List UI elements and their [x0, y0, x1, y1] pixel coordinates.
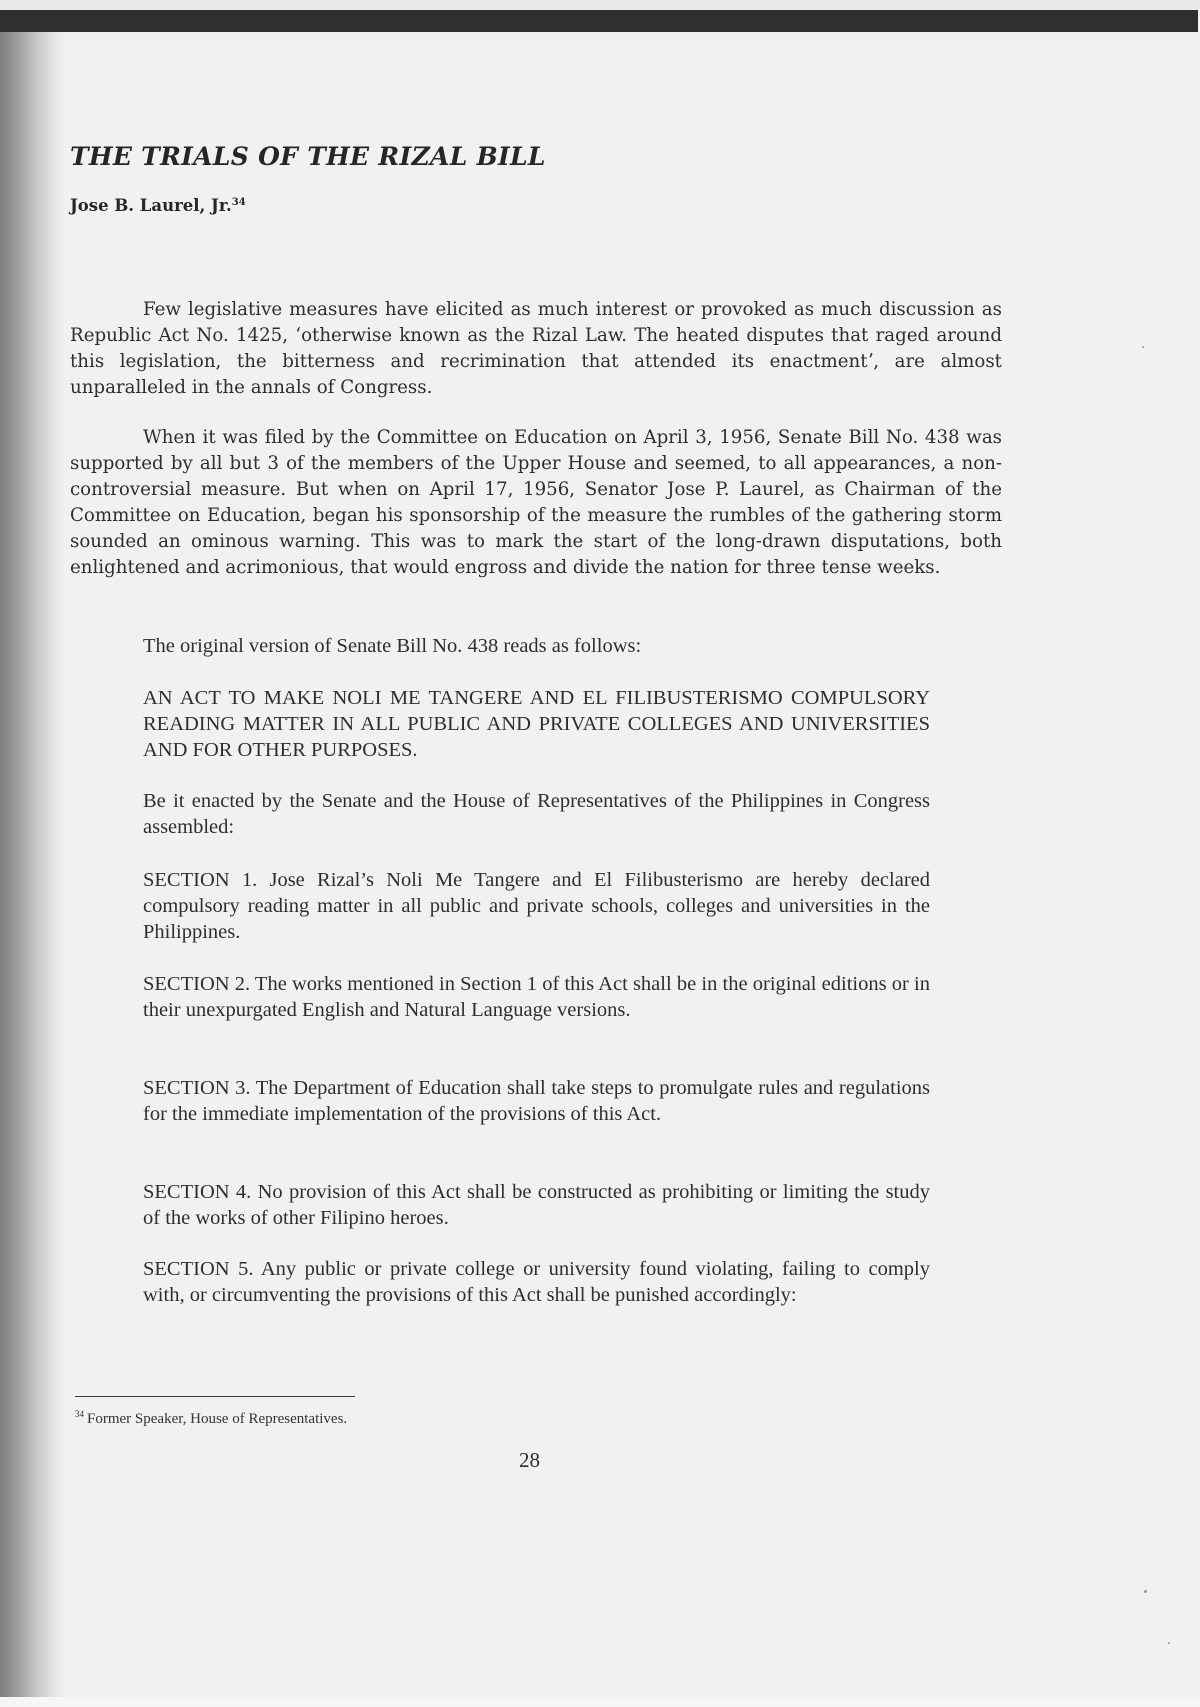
bill-section-1: SECTION 1. Jose Rizal’s Noli Me Tangere …	[143, 867, 930, 945]
bill-enacting-clause: Be it enacted by the Senate and the Hous…	[143, 788, 930, 840]
bill-section-5: SECTION 5. Any public or private college…	[143, 1256, 930, 1308]
bill-section-3: SECTION 3. The Department of Education s…	[143, 1075, 930, 1127]
scan-speck	[1144, 1590, 1147, 1593]
scan-speck	[1142, 346, 1144, 348]
author-footnote-ref[interactable]: 34	[232, 197, 246, 208]
bill-section-4: SECTION 4. No provision of this Act shal…	[143, 1179, 930, 1231]
footnote-number: 34	[75, 1409, 84, 1419]
bill-section-2: SECTION 2. The works mentioned in Sectio…	[143, 971, 930, 1023]
header-bar	[0, 10, 1198, 32]
footnote-text: Former Speaker, House of Representatives…	[87, 1411, 347, 1427]
article-title: THE TRIALS OF THE RIZAL BILL	[70, 142, 546, 171]
body-paragraph-1: Few legislative measures have elicited a…	[70, 297, 1002, 401]
body-paragraph-2: When it was filed by the Committee on Ed…	[70, 425, 1002, 581]
binding-shadow	[0, 32, 64, 1697]
scan-speck	[1168, 1642, 1170, 1644]
page-top-edge	[0, 0, 1200, 10]
footnote: 34Former Speaker, House of Representativ…	[75, 1411, 347, 1428]
page-number: 28	[519, 1448, 540, 1473]
bill-intro: The original version of Senate Bill No. …	[143, 633, 641, 659]
article-author: Jose B. Laurel, Jr.34	[70, 196, 246, 215]
footnote-divider	[75, 1396, 355, 1397]
bill-heading: AN ACT TO MAKE NOLI ME TANGERE AND EL FI…	[143, 685, 930, 763]
page-bottom-edge	[0, 1697, 1200, 1707]
author-name: Jose B. Laurel, Jr.	[70, 196, 232, 215]
